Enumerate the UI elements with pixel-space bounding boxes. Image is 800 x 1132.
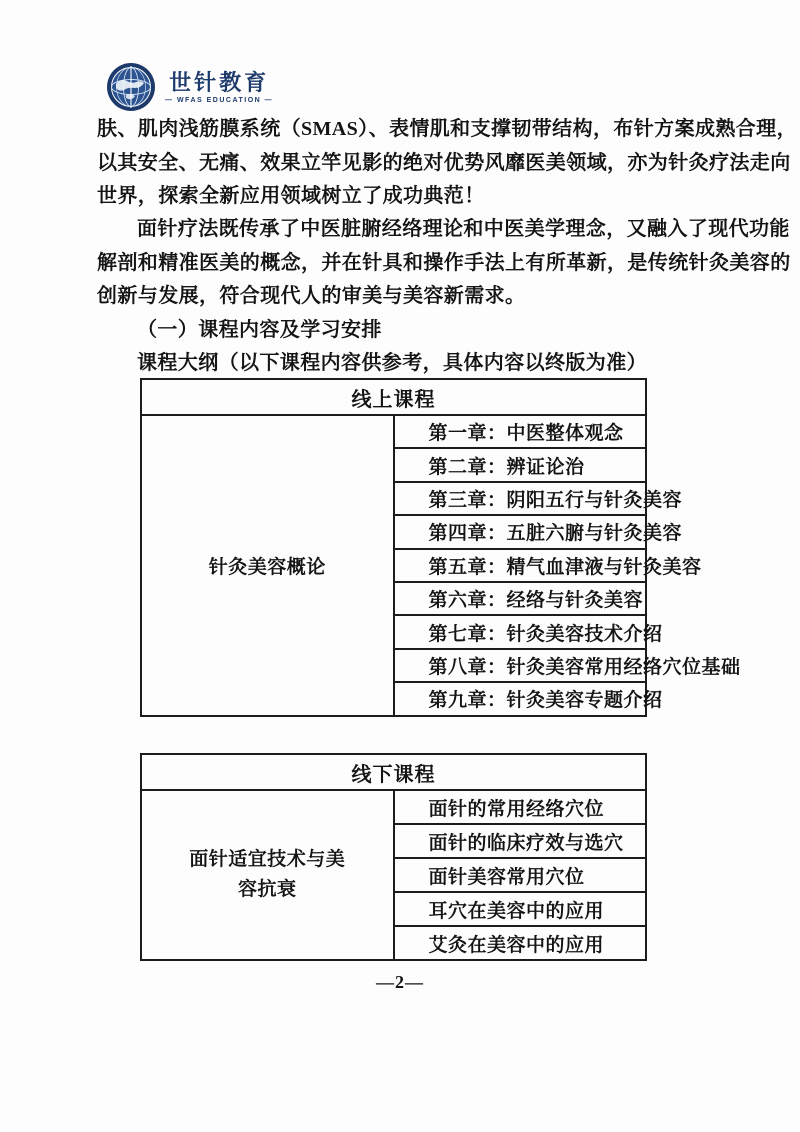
offline-topic-cell: 面针的常用经络穴位	[394, 790, 647, 824]
offline-table-title: 线下课程	[141, 754, 646, 790]
offline-topic-cell: 面针美容常用穴位	[394, 858, 647, 892]
online-chapter-cell: 第三章：阴阳五行与针灸美容	[394, 482, 647, 515]
globe-needle-logo-icon	[106, 62, 156, 112]
offline-topic-cell: 艾灸在美容中的应用	[394, 926, 647, 960]
offline-topic-cell: 耳穴在美容中的应用	[394, 892, 647, 926]
paragraph1-line1: 肤、肌肉浅筋膜系统（SMAS）、表情肌和支撑韧带结构，布针方案成熟合理，	[97, 110, 709, 143]
document-page: 世针教育 — WFAS EDUCATION — 肤、肌肉浅筋膜系统（SMAS）、…	[0, 0, 800, 1132]
logo-title: 世针教育	[169, 71, 269, 95]
body-text: 肤、肌肉浅筋膜系统（SMAS）、表情肌和支撑韧带结构，布针方案成熟合理， 以其安…	[97, 110, 709, 377]
offline-category-line2: 容抗衰	[146, 875, 389, 905]
offline-course-table: 线下课程 面针适宜技术与美 容抗衰 面针的常用经络穴位 面针的临床疗效与选穴 面…	[140, 753, 647, 961]
table-row: 线下课程	[141, 754, 646, 790]
paragraph1-line3: 世界，探索全新应用领域树立了成功典范！	[97, 177, 709, 210]
online-chapter-cell: 第九章：针灸美容专题介绍	[394, 682, 647, 715]
offline-topic-cell: 面针的临床疗效与选穴	[394, 824, 647, 858]
logo-subtitle: — WFAS EDUCATION —	[165, 97, 273, 104]
online-chapter-cell: 第六章：经络与针灸美容	[394, 582, 647, 615]
online-chapter-cell: 第八章：针灸美容常用经络穴位基础	[394, 649, 647, 682]
section-heading: （一）课程内容及学习安排	[97, 310, 709, 343]
org-logo: 世针教育 — WFAS EDUCATION —	[106, 62, 273, 112]
online-table-title: 线上课程	[141, 379, 646, 415]
offline-category-cell: 面针适宜技术与美 容抗衰	[141, 790, 394, 960]
paragraph2-line1: 面针疗法既传承了中医脏腑经络理论和中医美学理念，又融入了现代功能	[97, 210, 709, 243]
table-row: 针灸美容概论 第一章：中医整体观念	[141, 415, 646, 448]
online-chapter-cell: 第七章：针灸美容技术介绍	[394, 615, 647, 648]
online-chapter-cell: 第四章：五脏六腑与针灸美容	[394, 515, 647, 548]
table-row: 线上课程	[141, 379, 646, 415]
page-number: —2—	[0, 972, 800, 993]
paragraph2-line3: 创新与发展，符合现代人的审美与美容新需求。	[97, 277, 709, 310]
offline-category-line1: 面针适宜技术与美	[146, 845, 389, 875]
online-chapter-cell: 第一章：中医整体观念	[394, 415, 647, 448]
online-course-table: 线上课程 针灸美容概论 第一章：中医整体观念 第二章：辨证论治 第三章：阴阳五行…	[140, 378, 647, 717]
online-chapter-cell: 第五章：精气血津液与针灸美容	[394, 549, 647, 582]
outline-note: 课程大纲（以下课程内容供参考，具体内容以终版为准）	[97, 344, 709, 377]
paragraph1-line2: 以其安全、无痛、效果立竿见影的绝对优势风靡医美领域，亦为针灸疗法走向	[97, 143, 709, 176]
logo-text-block: 世针教育 — WFAS EDUCATION —	[165, 71, 273, 104]
table-row: 面针适宜技术与美 容抗衰 面针的常用经络穴位	[141, 790, 646, 824]
online-chapter-cell: 第二章：辨证论治	[394, 448, 647, 481]
online-category-cell: 针灸美容概论	[141, 415, 394, 716]
paragraph2-line2: 解剖和精准医美的概念，并在针具和操作手法上有所革新，是传统针灸美容的	[97, 244, 709, 277]
